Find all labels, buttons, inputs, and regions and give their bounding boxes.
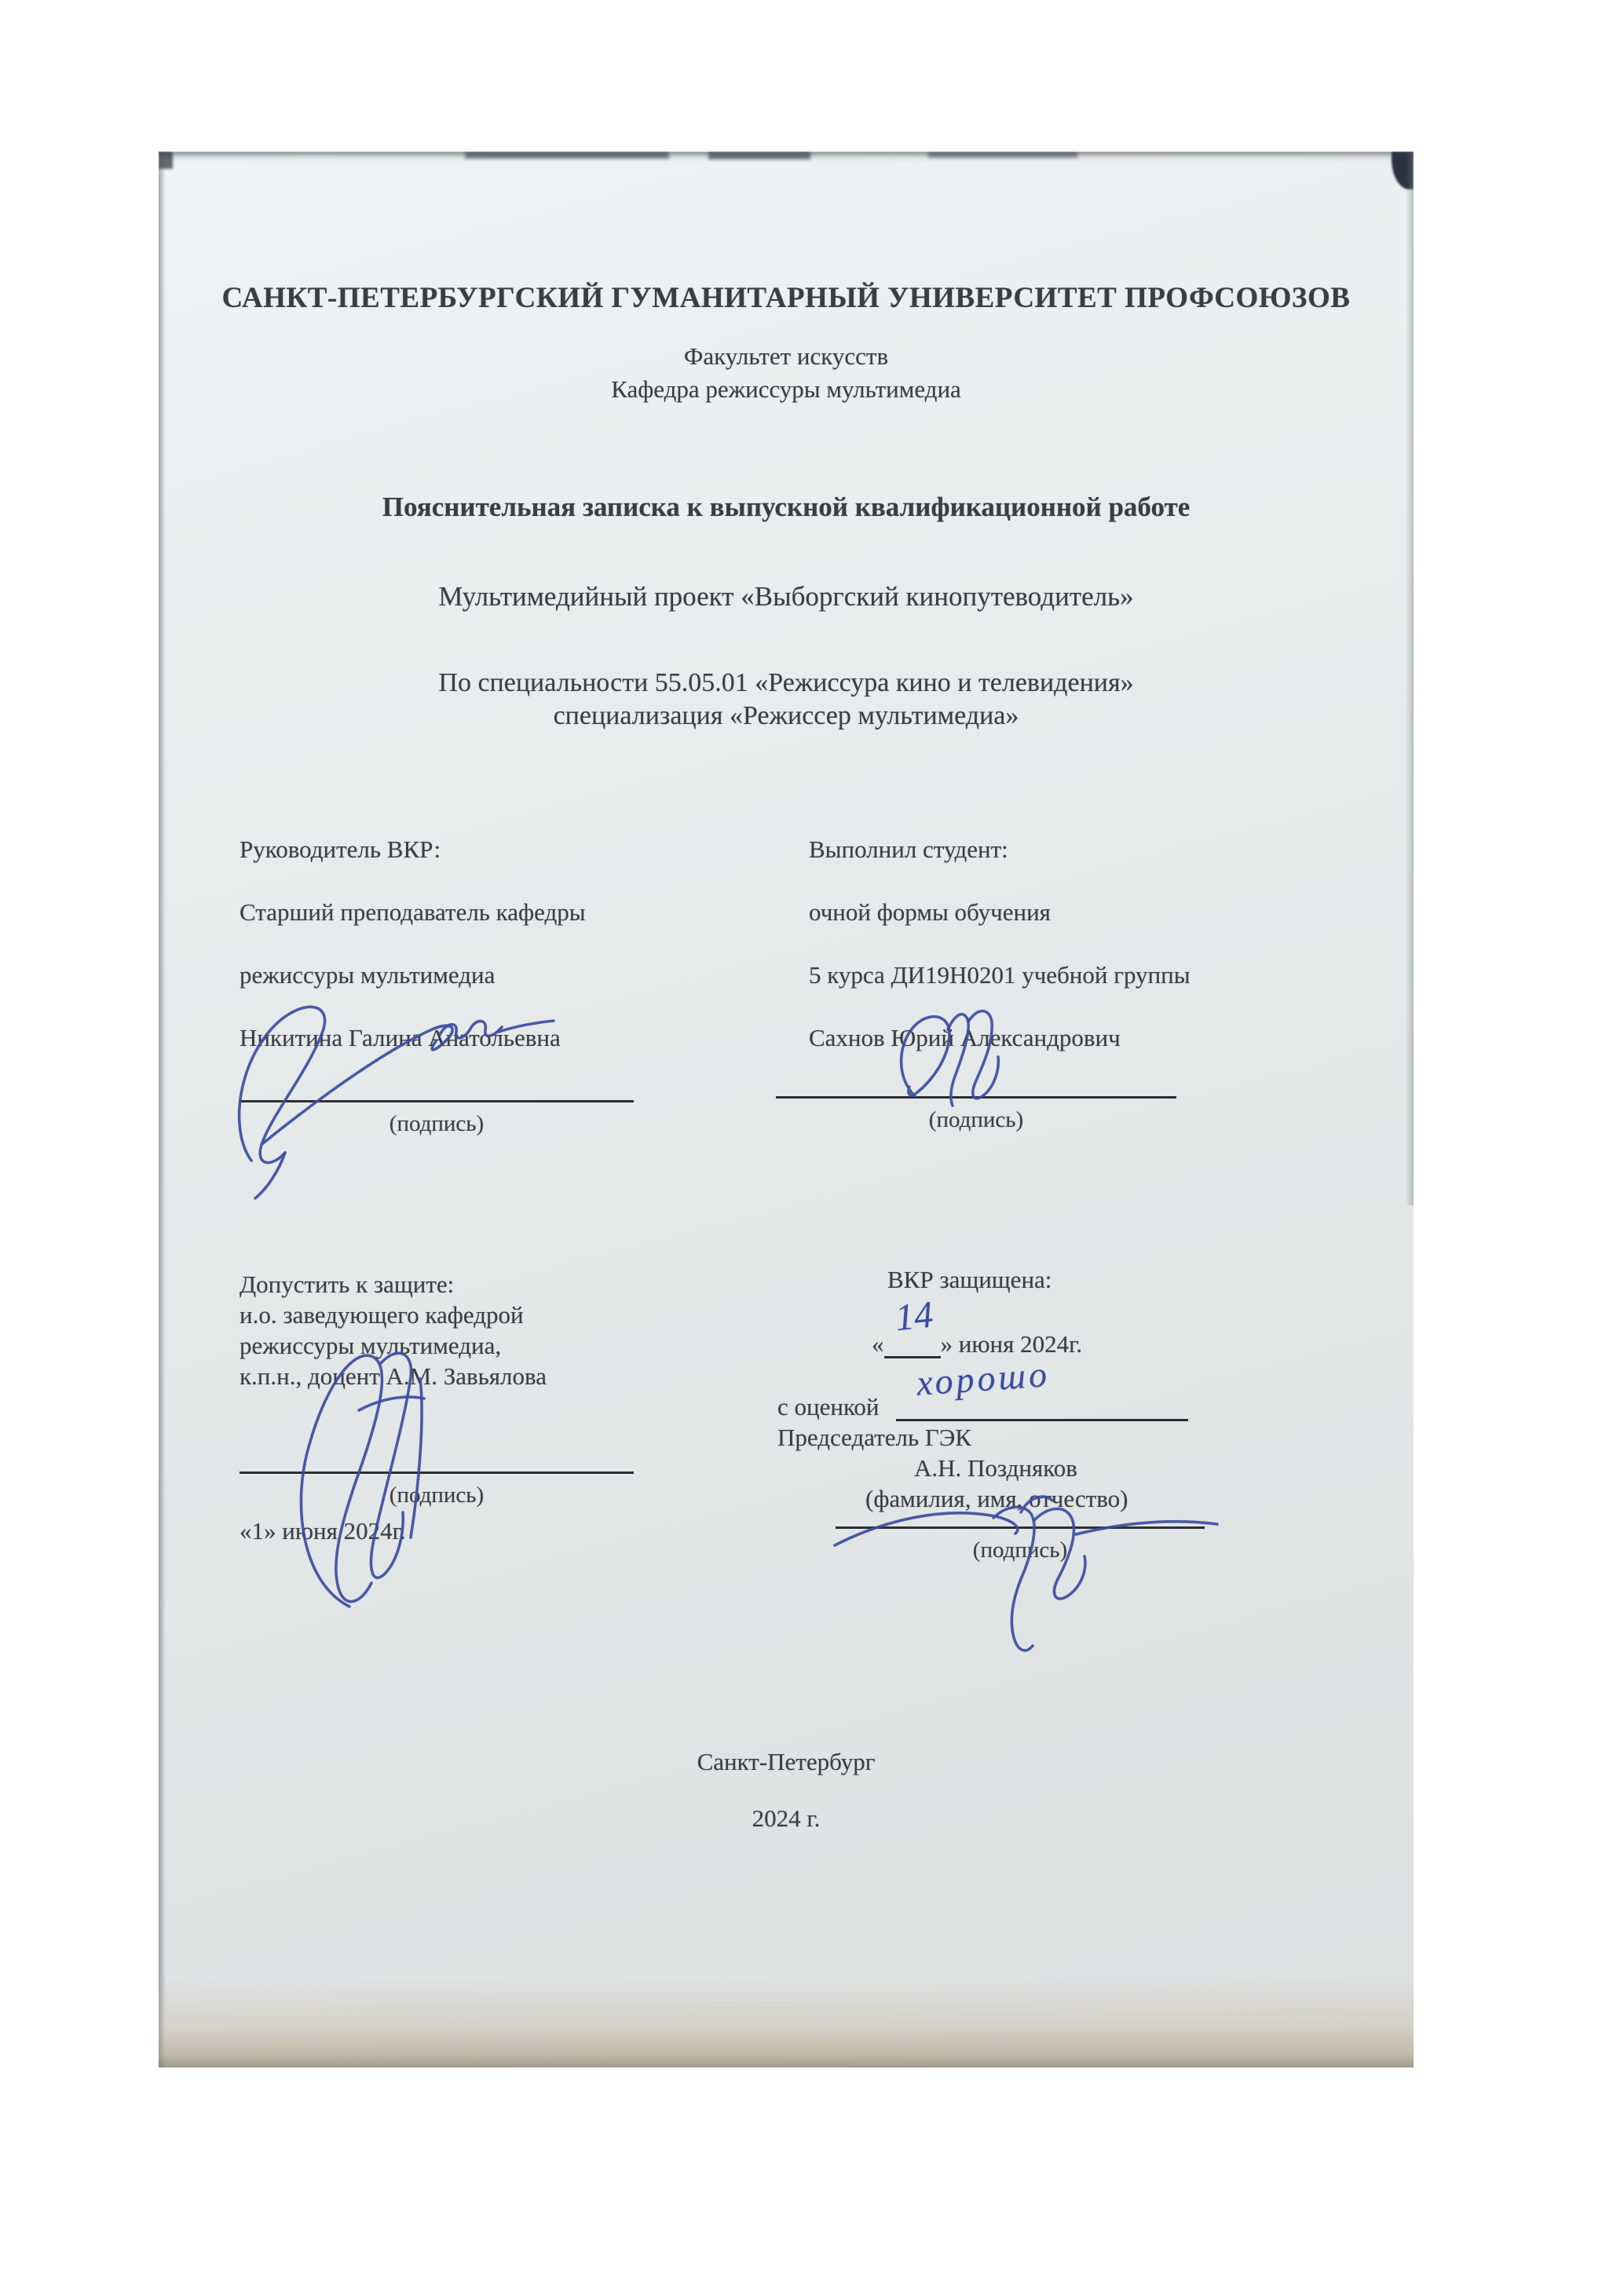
project-name: Мультимедийный проект «Выборгский кинопу… <box>159 580 1414 613</box>
department-line: Кафедра режиссуры мультимедиа <box>159 375 1414 404</box>
chairman-signature-caption: (подпись) <box>836 1537 1205 1563</box>
page-bottom-edge-shadow <box>159 1977 1414 2067</box>
admission-signature-line <box>240 1472 634 1474</box>
supervisor-signature-line <box>240 1100 634 1102</box>
student-line-2: 5 курса ДИ19Н0201 учебной группы <box>809 960 1191 989</box>
student-name: Сахнов Юрий Александрович <box>809 1023 1121 1052</box>
work-title: Пояснительная записка к выпускной квалиф… <box>159 491 1414 524</box>
faculty-line: Факультет искусств <box>159 342 1414 371</box>
page-left-edge-shadow <box>159 152 166 2067</box>
admission-signature-caption: (подпись) <box>240 1483 634 1508</box>
document-page: САНКТ-ПЕТЕРБУРГСКИЙ ГУМАНИТАРНЫЙ УНИВЕРС… <box>159 152 1414 2067</box>
admission-line-1: Допустить к защите: <box>240 1270 454 1299</box>
supervisor-name: Никитина Галина Анатольевна <box>240 1023 561 1052</box>
specialty-line: По специальности 55.05.01 «Режиссура кин… <box>159 667 1414 700</box>
specialization-line: специализация «Режиссер мультимедиа» <box>159 700 1414 733</box>
scan-smudge <box>708 152 810 159</box>
admission-line-3: режиссуры мультимедиа, <box>240 1331 501 1360</box>
year-line: 2024 г. <box>159 1804 1414 1833</box>
city-line: Санкт-Петербург <box>159 1747 1414 1776</box>
defense-date-open-quote: « <box>872 1330 884 1358</box>
chairman-name: А.Н. Поздняков <box>914 1453 1077 1483</box>
supervisor-position-2: режиссуры мультимедиа <box>240 960 495 989</box>
admission-signature <box>301 1353 424 1607</box>
defense-date-rest: » июня 2024г. <box>941 1330 1083 1358</box>
supervisor-label: Руководитель ВКР: <box>240 835 441 864</box>
admission-line-2: и.о. заведующего кафедрой <box>240 1300 524 1329</box>
chairman-signature-line <box>836 1526 1205 1529</box>
admission-line-4: к.п.н., доцент А.М. Завьялова <box>240 1362 547 1391</box>
student-signature-caption: (подпись) <box>776 1107 1176 1133</box>
student-signature-line <box>776 1096 1176 1099</box>
scan-smudge <box>928 152 1077 158</box>
supervisor-signature-caption: (подпись) <box>240 1111 634 1137</box>
student-label: Выполнил студент: <box>809 835 1008 864</box>
defense-date-handwritten: 14 <box>893 1293 935 1340</box>
university-name: САНКТ-ПЕТЕРБУРГСКИЙ ГУМАНИТАРНЫЙ УНИВЕРС… <box>159 281 1414 316</box>
student-line-1: очной формы обучения <box>809 898 1051 927</box>
supervisor-position-1: Старший преподаватель кафедры <box>240 898 586 927</box>
scan-smudge <box>465 152 669 159</box>
chairman-caption: (фамилия, имя, отчество) <box>865 1484 1128 1513</box>
admission-date: «1» июня 2024г. <box>240 1516 406 1545</box>
scanned-photo: САНКТ-ПЕТЕРБУРГСКИЙ ГУМАНИТАРНЫЙ УНИВЕРС… <box>0 0 1624 2296</box>
grade-label: с оценкой <box>777 1393 880 1420</box>
chairman-label: Председатель ГЭК <box>777 1423 971 1452</box>
chairman-signature <box>835 1497 1217 1651</box>
defense-label: ВКР защищена: <box>887 1265 1052 1294</box>
